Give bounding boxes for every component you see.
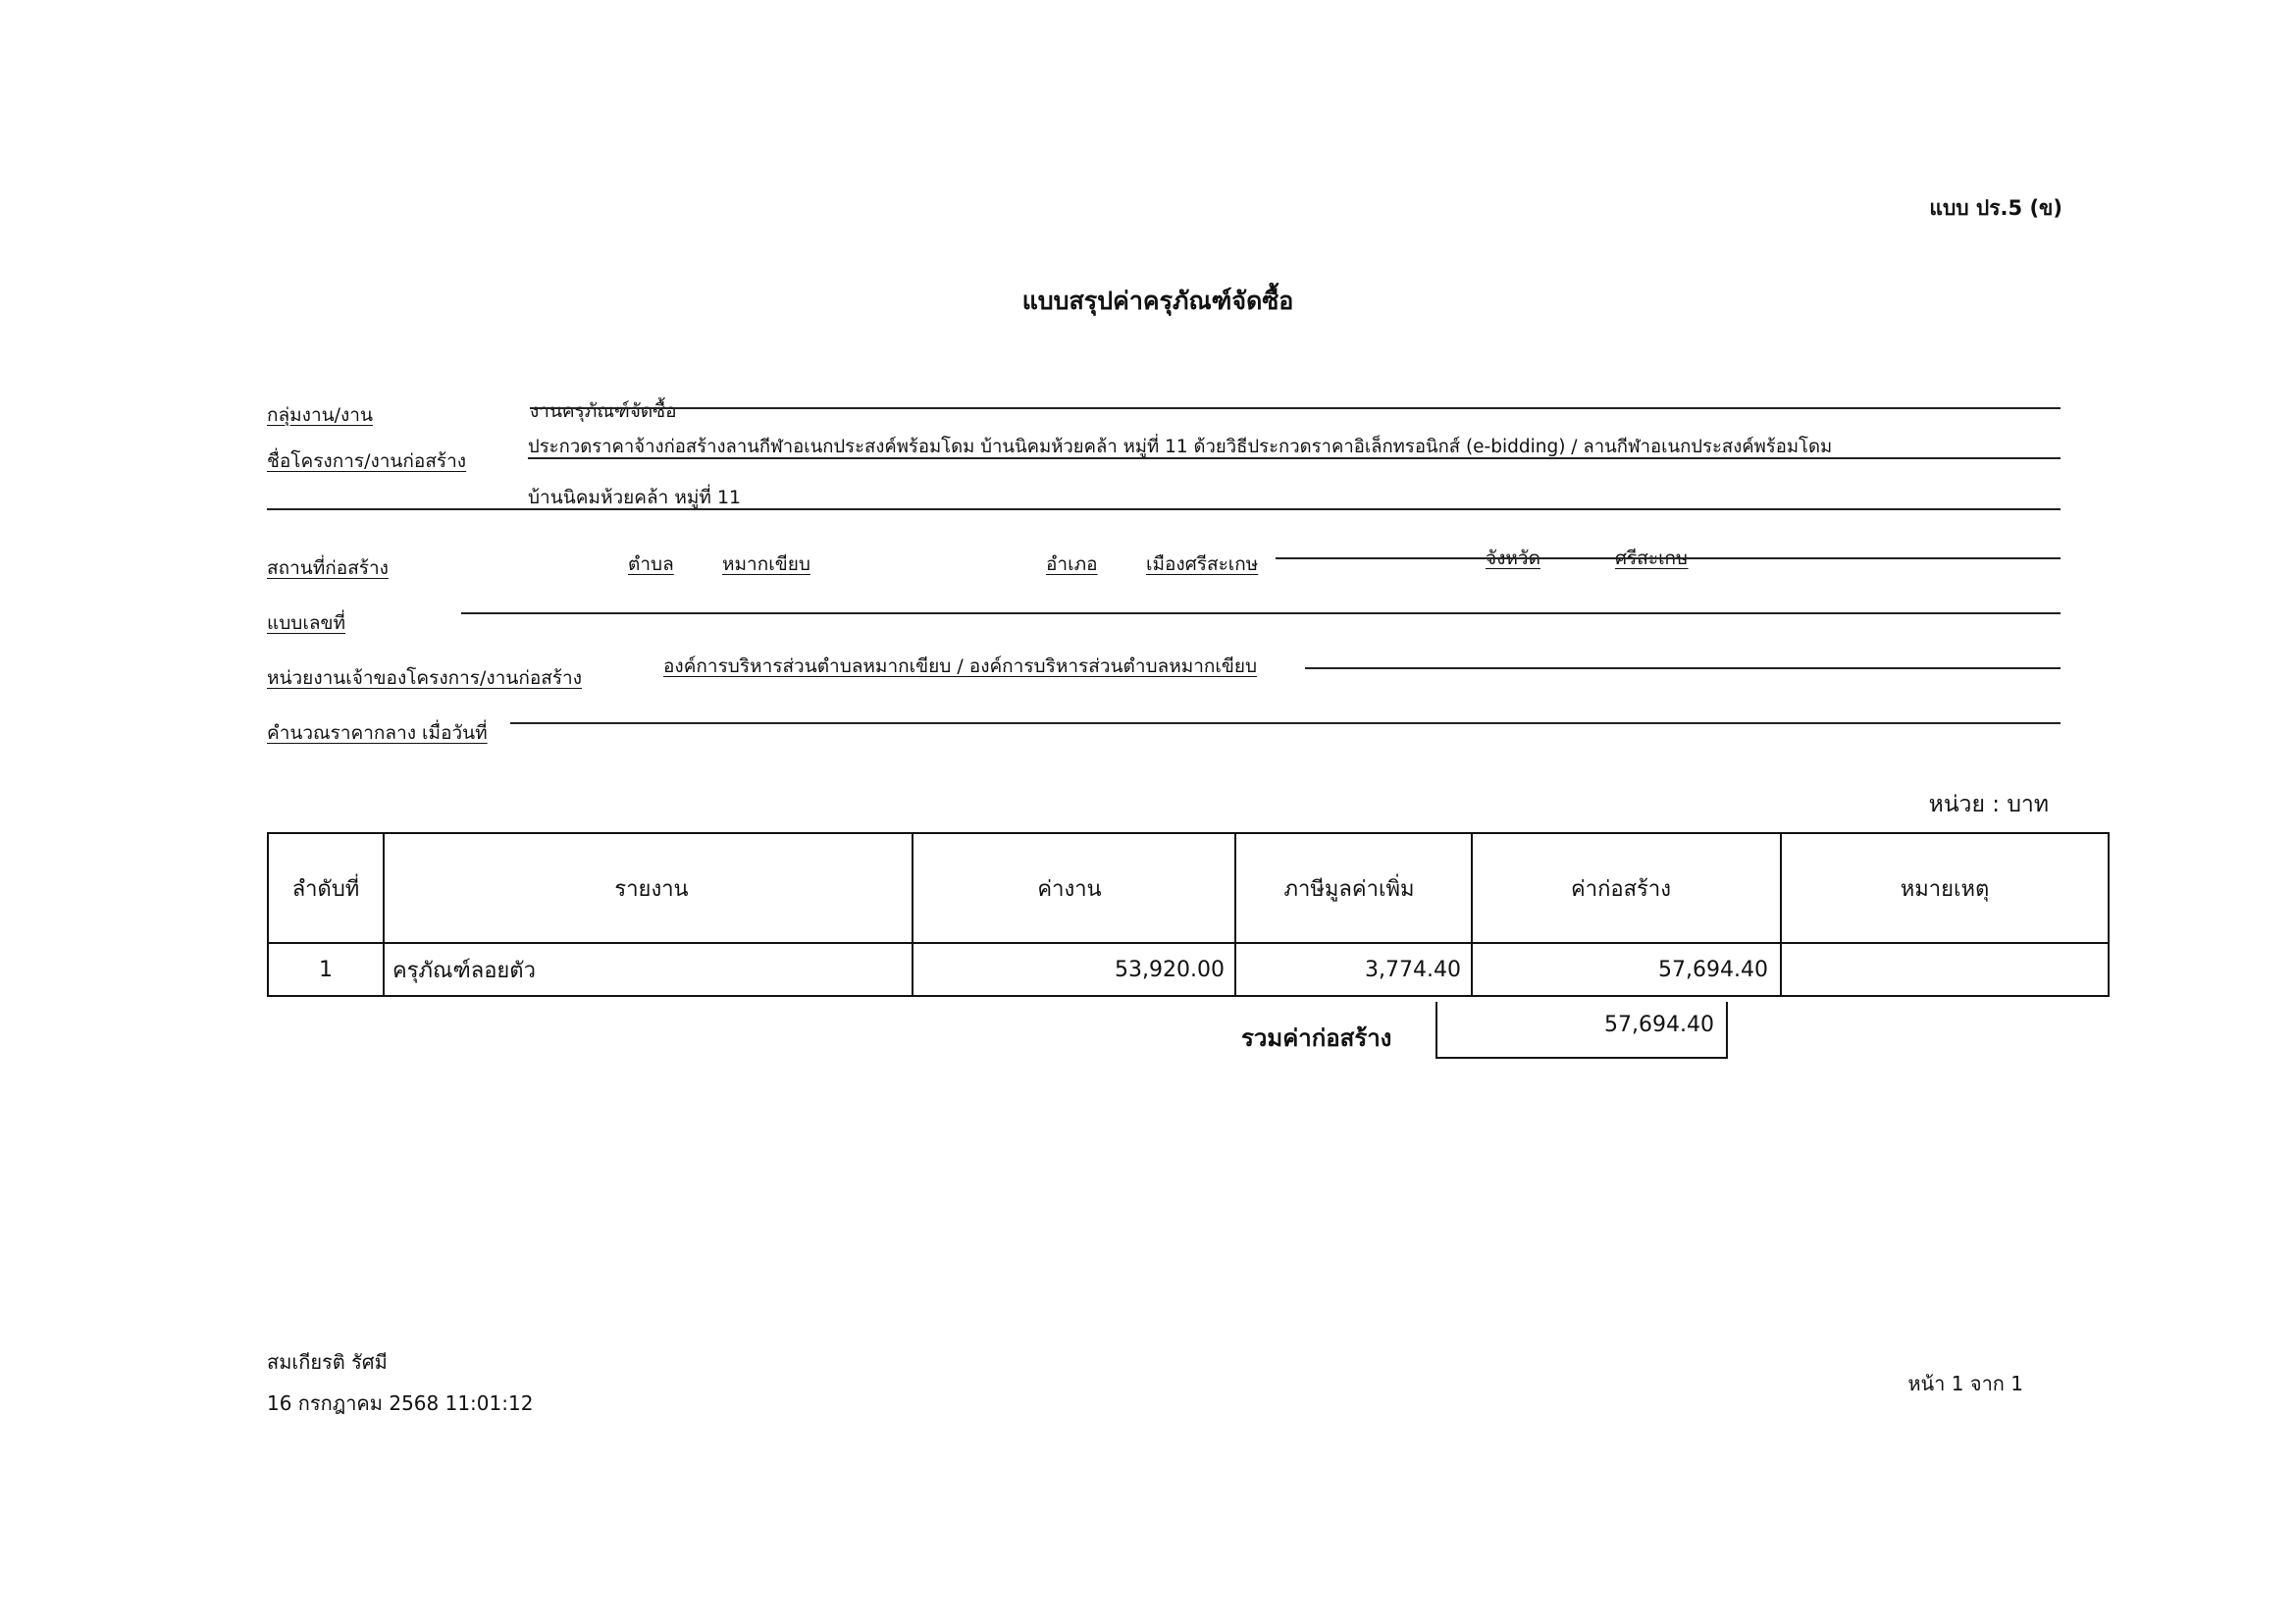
calc-date-rule: [510, 722, 2061, 724]
owner-value: องค์การบริหารส่วนตำบลหมากเขียบ / องค์การ…: [663, 652, 1257, 681]
table-row: 1 ครุภัณฑ์ลอยตัว 53,920.00 3,774.40 57,6…: [268, 943, 2109, 996]
location-rule: [1276, 557, 2061, 559]
subdistrict-value: หมากเขียบ: [722, 550, 810, 579]
calc-date-label: คำนวณราคากลาง เมื่อวันที่: [267, 718, 488, 748]
row-construction-cost: 57,694.40: [1472, 943, 1781, 996]
group-label: กลุ่มงาน/งาน: [267, 400, 373, 430]
row-work-cost: 53,920.00: [913, 943, 1235, 996]
district-value: เมืองศรีสะเกษ: [1146, 550, 1258, 579]
header-item: รายงาน: [384, 833, 913, 943]
table-header-row: ลำดับที่ รายงาน ค่างาน ภาษีมูลค่าเพิ่ม ค…: [268, 833, 2109, 943]
district-label: อำเภอ: [1046, 550, 1098, 579]
total-label: รวมค่าก่อสร้าง: [1241, 1019, 1391, 1057]
preparer-name: สมเกียรติ รัศมี: [267, 1346, 388, 1378]
owner-rule: [1305, 667, 2061, 669]
document-title: แบบสรุปค่าครุภัณฑ์จัดซื้อ: [0, 282, 2296, 321]
header-work-cost: ค่างาน: [913, 833, 1235, 943]
row-item: ครุภัณฑ์ลอยตัว: [384, 943, 913, 996]
subdistrict-label: ตำบล: [628, 550, 674, 579]
form-code: แบบ ปร.5 (ข): [1929, 192, 2062, 225]
row-vat: 3,774.40: [1235, 943, 1472, 996]
unit-label: หน่วย : บาท: [1929, 787, 2049, 822]
plan-no-label: แบบเลขที่: [267, 608, 345, 638]
project-rule-1: [528, 457, 2061, 459]
header-construction-cost: ค่าก่อสร้าง: [1472, 833, 1781, 943]
print-datetime: 16 กรกฎาคม 2568 11:01:12: [267, 1387, 533, 1419]
page-number: หน้า 1 จาก 1: [1907, 1368, 2023, 1399]
project-label: ชื่อโครงการ/งานก่อสร้าง: [267, 446, 466, 476]
row-index: 1: [268, 943, 384, 996]
group-rule: [530, 407, 2061, 409]
row-note: [1781, 943, 2109, 996]
header-vat: ภาษีมูลค่าเพิ่ม: [1235, 833, 1472, 943]
group-value: งานครุภัณฑ์จัดซื้อ: [530, 396, 677, 426]
header-index: ลำดับที่: [268, 833, 384, 943]
header-note: หมายเหตุ: [1781, 833, 2109, 943]
total-value: 57,694.40: [1435, 1002, 1728, 1059]
owner-label: หน่วยงานเจ้าของโครงการ/งานก่อสร้าง: [267, 663, 582, 693]
location-label: สถานที่ก่อสร้าง: [267, 553, 389, 583]
cost-summary-table: ลำดับที่ รายงาน ค่างาน ภาษีมูลค่าเพิ่ม ค…: [267, 832, 2110, 997]
plan-no-rule: [461, 612, 2061, 614]
project-rule-2: [267, 508, 2061, 510]
